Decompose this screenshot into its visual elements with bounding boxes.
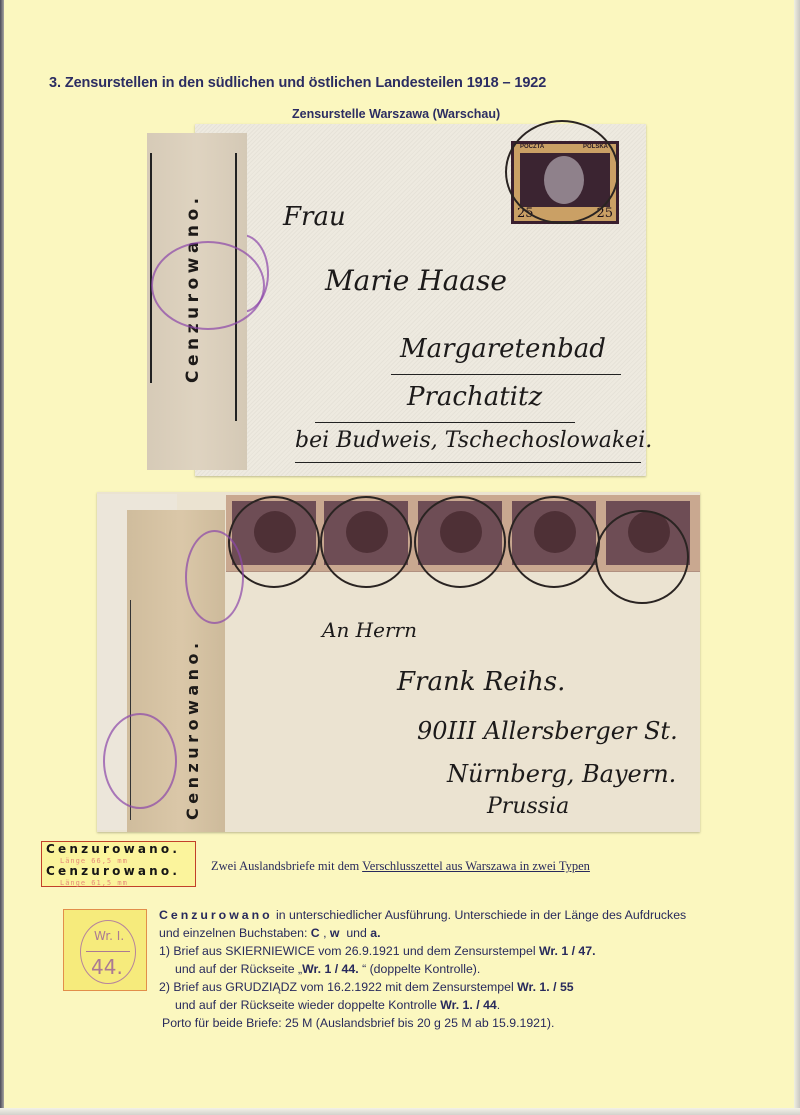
page-edge-left (0, 0, 4, 1115)
label-type-2-length: Länge 61,5 mm (60, 879, 128, 887)
cover-2-address-line: Prussia (487, 794, 569, 819)
cover-2-address-line: Nürnberg, Bayern. (447, 760, 676, 788)
page-edge-bottom (0, 1108, 800, 1115)
caption-underlined: Verschlusszettel aus Warszawa in zwei Ty… (362, 859, 590, 873)
postmark-circle (320, 496, 412, 588)
page-edge-right (794, 0, 800, 1115)
address-underline (295, 462, 641, 463)
cover-1-address-line: Margaretenbad (400, 334, 606, 364)
desc-item-2-cont: und auf der Rückseite wieder doppelte Ko… (159, 996, 779, 1014)
label-type-2: Cenzurowano. (46, 864, 180, 878)
violet-censor-stamp (151, 241, 265, 330)
postmark-circle (414, 496, 506, 588)
desc-porto: Porto für beide Briefe: 25 M (Auslandsbr… (159, 1014, 779, 1032)
violet-censor-stamp (103, 713, 177, 809)
censor-mark-top: Wr. I. (94, 929, 124, 943)
strip-border-line (150, 153, 152, 383)
censor-mark-detail: Wr. I. 44. (63, 909, 147, 991)
section-subtitle: Zensurstelle Warszawa (Warschau) (292, 107, 500, 121)
label-type-1: Cenzurowano. (46, 842, 180, 856)
desc-item-1-cont: und auf der Rückseite „Wr. 1 / 44. “ (do… (159, 960, 779, 978)
description: Cenzurowano in unterschiedlicher Ausführ… (159, 906, 779, 1032)
postmark-circle (508, 496, 600, 588)
censor-strip-type-1: Cenzurowano. (147, 133, 247, 470)
cover-2-address-line: 90III Allersberger St. (417, 717, 678, 745)
covers-caption: Zwei Auslandsbriefe mit dem Verschlussze… (211, 859, 590, 874)
censor-label-types: Cenzurowano. Länge 66,5 mm Cenzurowano. … (41, 841, 196, 887)
desc-line-1: Cenzurowano in unterschiedlicher Ausführ… (159, 906, 779, 924)
cover-1-address-line: Frau (283, 202, 346, 232)
cover-2-address-line: Frank Reihs. (397, 667, 565, 697)
desc-item-1: 1) Brief aus SKIERNIEWICE vom 26.9.1921 … (159, 942, 779, 960)
censor-mark-number: 44. (91, 955, 123, 979)
censor-strip-text: Cenzurowano. (183, 638, 202, 820)
cover-1-address-line: Marie Haase (325, 264, 507, 297)
violet-censor-stamp (185, 530, 244, 624)
postmark-circle (505, 120, 619, 224)
address-underline (391, 374, 621, 375)
address-underline (315, 422, 575, 423)
desc-item-2: 2) Brief aus GRUDZIĄDZ vom 16.2.1922 mit… (159, 978, 779, 996)
cover-2-address-line: An Herrn (322, 618, 417, 642)
page-title: 3. Zensurstellen in den südlichen und ös… (49, 75, 546, 91)
postmark-circle (595, 510, 689, 604)
desc-line-2: und einzelnen Buchstaben: C , w und a. (159, 924, 779, 942)
cover-1-address-line: Prachatitz (407, 382, 542, 412)
cover-1-address-line: bei Budweis, Tschechoslowakei. (295, 428, 652, 453)
